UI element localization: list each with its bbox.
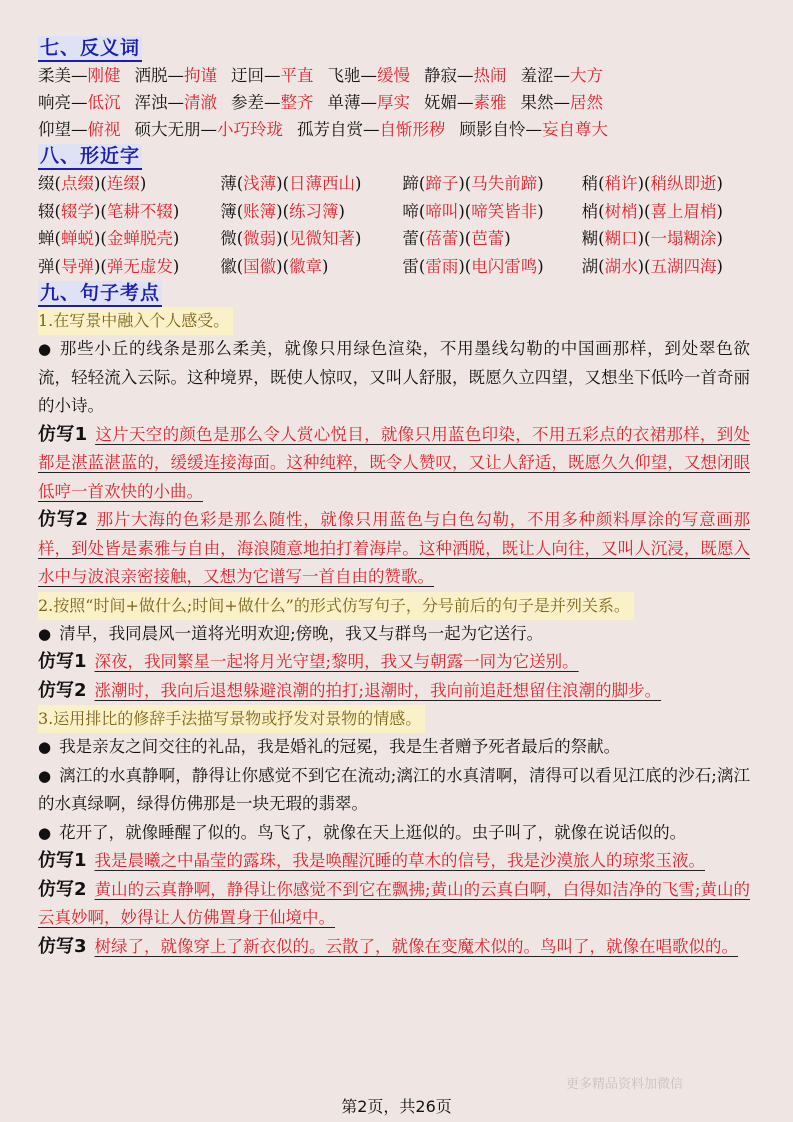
antonym-answer: 妄自尊大 — [542, 120, 608, 139]
idiom-example: 徽章 — [289, 257, 322, 276]
base-char: 湖 — [582, 257, 599, 276]
word-example: 导弹 — [61, 257, 94, 276]
idiom-example: 喜上眉梢 — [650, 202, 716, 221]
similar-char-entry: 啼(啼叫)(啼笑皆非) — [402, 198, 581, 226]
idiom-example: 见微知著 — [289, 229, 355, 248]
word-example: 树梢 — [605, 202, 638, 221]
antonym-pair: 洒脱—拘谨 — [135, 62, 218, 89]
imitation-label-text: 仿写 — [38, 850, 74, 871]
imitation-label: 仿写3 — [38, 936, 87, 957]
word-example: 蹄子 — [425, 174, 458, 193]
antonym-word: 果然— — [521, 93, 571, 112]
similar-char-entry: 辍(辍学)(笔耕不辍) — [38, 198, 220, 226]
imitation-number: 1 — [74, 651, 87, 672]
antonym-word: 迂回— — [231, 66, 281, 85]
antonym-answer: 热闹 — [474, 66, 507, 85]
idiom-example: 马失前蹄 — [471, 174, 537, 193]
imitation-label-text: 仿写 — [38, 424, 75, 445]
imitation-text: 黄山的云真静啊，静得让你感觉不到它在飘拂;黄山的云真白啊，白得如洁净的飞雪;黄山… — [38, 880, 750, 928]
imitation-number: 1 — [74, 850, 87, 871]
antonym-pair: 静寂—热闹 — [424, 62, 507, 89]
base-char: 稍 — [582, 174, 599, 193]
bullet-icon: ● — [38, 767, 51, 785]
base-char: 啼 — [402, 202, 419, 221]
imitation-sentence: 仿写1深夜，我同繁星一起将月光守望;黎明，我又与朝露一同为它送别。 — [38, 648, 750, 677]
imitation-label: 仿写1 — [38, 651, 87, 672]
word-example: 辍学 — [61, 202, 94, 221]
similar-char-entry: 蝉(蝉蜕)(金蝉脱壳) — [38, 225, 220, 253]
example-text: 清早，我同晨风一道将光明欢迎;傍晚，我又与群鸟一起为它送行。 — [59, 624, 543, 643]
example-text: 漓江的水真静啊，静得让你感觉不到它在流动;漓江的水真清啊，清得可以看见江底的沙石… — [38, 766, 750, 814]
antonym-answer: 平直 — [281, 66, 314, 85]
base-char: 薄 — [220, 174, 237, 193]
similar-char-row: 弹(导弹)(弹无虚发)徽(国徽)(徽章)雷(雷雨)(电闪雷鸣)湖(湖水)(五湖四… — [38, 253, 750, 281]
antonym-pair: 响亮—低沉 — [38, 89, 121, 116]
antonym-word: 浑浊— — [135, 93, 185, 112]
imitation-label: 仿写1 — [38, 850, 87, 871]
antonym-row: 柔美—刚健洒脱—拘谨迂回—平直飞驰—缓慢静寂—热闹羞涩—大方 — [38, 62, 750, 89]
idiom-example: 电闪雷鸣 — [471, 257, 537, 276]
antonym-pair: 迂回—平直 — [231, 62, 314, 89]
word-example: 稍许 — [605, 174, 638, 193]
sentence-topic: 1.在写景中融入个人感受。●那些小丘的线条是那么柔美，就像只用绿色渲染，不用墨线… — [38, 307, 750, 592]
similar-char-entry: 弹(导弹)(弹无虚发) — [38, 253, 220, 281]
imitation-sentence: 仿写2那片大海的色彩是那么随性，就像只用蓝色与白色勾勒，不用多种颜料厚涂的写意画… — [38, 506, 750, 592]
word-example: 浅薄 — [243, 174, 276, 193]
imitation-label-text: 仿写 — [38, 879, 74, 900]
example-sentence: ●那些小丘的线条是那么柔美，就像只用绿色渲染，不用墨线勾勒的中国画那样，到处翠色… — [38, 335, 750, 421]
antonym-word: 妩媚— — [424, 93, 474, 112]
imitation-label-text: 仿写 — [38, 651, 74, 672]
word-example: 湖水 — [605, 257, 638, 276]
base-char: 蕾 — [402, 229, 419, 248]
imitation-text: 这片天空的颜色是那么令人赏心悦目，就像只用蓝色印染，不用五彩点的衣裙那样，到处都… — [38, 425, 750, 501]
imitation-text: 深夜，我同繁星一起将月光守望;黎明，我又与朝露一同为它送别。 — [95, 652, 579, 671]
imitation-label-text: 仿写 — [38, 509, 75, 530]
antonym-word: 参差— — [231, 93, 281, 112]
antonym-answer: 刚健 — [88, 66, 121, 85]
imitation-label-text: 仿写 — [38, 936, 74, 957]
idiom-example: 芭蕾 — [471, 229, 504, 248]
antonym-word: 洒脱— — [135, 66, 185, 85]
antonym-answer: 小巧玲珑 — [217, 120, 283, 139]
idiom-example: 练习簿 — [289, 202, 339, 221]
antonym-word: 孤芳自赏— — [297, 120, 380, 139]
antonym-row: 响亮—低沉浑浊—清澈参差—整齐单薄—厚实妩媚—素雅果然—居然 — [38, 89, 750, 116]
imitation-label: 仿写2 — [38, 680, 87, 701]
word-example: 点缀 — [61, 174, 94, 193]
example-text: 我是亲友之间交往的礼品，我是婚礼的冠冕，我是生者赠予死者最后的祭献。 — [59, 737, 620, 756]
sentence-topic: 2.按照“时间+做什么;时间+做什么”的形式仿写句子，分号前后的句子是并列关系。… — [38, 592, 750, 706]
antonym-pair: 孤芳自赏—自惭形秽 — [297, 116, 446, 143]
antonym-list: 柔美—刚健洒脱—拘谨迂回—平直飞驰—缓慢静寂—热闹羞涩—大方响亮—低沉浑浊—清澈… — [38, 62, 750, 143]
antonym-pair: 妩媚—素雅 — [424, 89, 507, 116]
imitation-sentence: 仿写1这片天空的颜色是那么令人赏心悦目，就像只用蓝色印染，不用五彩点的衣裙那样，… — [38, 421, 750, 507]
bullet-icon: ● — [38, 340, 52, 358]
similar-char-entry: 湖(湖水)(五湖四海) — [582, 253, 750, 281]
word-example: 啼叫 — [425, 202, 458, 221]
idiom-example: 啼笑皆非 — [471, 202, 537, 221]
antonym-pair: 果然—居然 — [521, 89, 604, 116]
topic-title-row: 3.运用排比的修辞手法描写景物或抒发对景物的情感。 — [38, 705, 750, 733]
topic-title-row: 1.在写景中融入个人感受。 — [38, 307, 750, 335]
similar-char-entry: 稍(稍许)(稍纵即逝) — [582, 170, 750, 198]
topic-title-row: 2.按照“时间+做什么;时间+做什么”的形式仿写句子，分号前后的句子是并列关系。 — [38, 592, 750, 620]
similar-char-entry: 簿(账簿)(练习簿) — [220, 198, 402, 226]
example-text: 那些小丘的线条是那么柔美，就像只用绿色渲染，不用墨线勾勒的中国画那样，到处翠色欲… — [38, 339, 750, 415]
antonym-answer: 居然 — [570, 93, 603, 112]
idiom-example: 日薄西山 — [289, 174, 355, 193]
antonym-word: 硕大无朋— — [135, 120, 218, 139]
example-sentence: ●清早，我同晨风一道将光明欢迎;傍晚，我又与群鸟一起为它送行。 — [38, 620, 750, 649]
topic-title: 2.按照“时间+做什么;时间+做什么”的形式仿写句子，分号前后的句子是并列关系。 — [38, 592, 634, 620]
antonym-word: 单薄— — [328, 93, 378, 112]
imitation-text: 树绿了，就像穿上了新衣似的。云散了，就像在变魔术似的。鸟叫了，就像在唱歌似的。 — [95, 937, 739, 956]
imitation-label: 仿写2 — [38, 879, 87, 900]
topic-title: 3.运用排比的修辞手法描写景物或抒发对景物的情感。 — [38, 705, 425, 733]
example-sentence: ●漓江的水真静啊，静得让你感觉不到它在流动;漓江的水真清啊，清得可以看见江底的沙… — [38, 762, 750, 819]
antonym-answer: 大方 — [570, 66, 603, 85]
antonym-pair: 顾影自怜—妄自尊大 — [460, 116, 609, 143]
example-sentence: ●花开了，就像睡醒了似的。鸟飞了，就像在天上逛似的。虫子叫了，就像在说话似的。 — [38, 819, 750, 848]
section-similar-chars: 八、形近字 缀(点缀)(连缀)薄(浅薄)(日薄西山)蹄(蹄子)(马失前蹄)稍(稍… — [38, 144, 750, 280]
idiom-example: 一塌糊涂 — [650, 229, 716, 248]
imitation-number: 2 — [75, 509, 88, 530]
bullet-icon: ● — [38, 824, 51, 842]
base-char: 糊 — [582, 229, 599, 248]
sentence-topics: 1.在写景中融入个人感受。●那些小丘的线条是那么柔美，就像只用绿色渲染，不用墨线… — [38, 307, 750, 961]
bullet-icon: ● — [38, 738, 51, 756]
imitation-sentence: 仿写1我是晨曦之中晶莹的露珠，我是唤醒沉睡的草木的信号，我是沙漠旅人的琼浆玉液。 — [38, 847, 750, 876]
antonym-answer: 整齐 — [281, 93, 314, 112]
example-sentence: ●我是亲友之间交往的礼品，我是婚礼的冠冕，我是生者赠予死者最后的祭献。 — [38, 733, 750, 762]
section-heading: 八、形近字 — [38, 144, 142, 170]
base-char: 弹 — [38, 257, 55, 276]
idiom-example: 五湖四海 — [650, 257, 716, 276]
base-char: 微 — [220, 229, 237, 248]
idiom-example: 稍纵即逝 — [650, 174, 716, 193]
base-char: 蹄 — [402, 174, 419, 193]
base-char: 蝉 — [38, 229, 55, 248]
example-text: 花开了，就像睡醒了似的。鸟飞了，就像在天上逛似的。虫子叫了，就像在说话似的。 — [59, 823, 686, 842]
antonym-pair: 单薄—厚实 — [328, 89, 411, 116]
imitation-text: 涨潮时，我向后退想躲避浪潮的拍打;退潮时，我向前追赶想留住浪潮的脚步。 — [95, 681, 662, 700]
similar-char-entry: 薄(浅薄)(日薄西山) — [220, 170, 402, 198]
similar-char-row: 辍(辍学)(笔耕不辍)簿(账簿)(练习簿)啼(啼叫)(啼笑皆非)梢(树梢)(喜上… — [38, 198, 750, 226]
similar-char-entry: 蕾(蓓蕾)(芭蕾) — [402, 225, 581, 253]
antonym-pair: 浑浊—清澈 — [135, 89, 218, 116]
imitation-number: 2 — [74, 879, 87, 900]
word-example: 雷雨 — [425, 257, 458, 276]
similar-char-row: 缀(点缀)(连缀)薄(浅薄)(日薄西山)蹄(蹄子)(马失前蹄)稍(稍许)(稍纵即… — [38, 170, 750, 198]
word-example: 糊口 — [605, 229, 638, 248]
similar-char-entry: 糊(糊口)(一塌糊涂) — [582, 225, 750, 253]
section-sentences: 九、句子考点 1.在写景中融入个人感受。●那些小丘的线条是那么柔美，就像只用绿色… — [38, 281, 750, 961]
imitation-number: 3 — [74, 936, 87, 957]
imitation-label: 仿写1 — [38, 424, 87, 445]
base-char: 簿 — [220, 202, 237, 221]
antonym-word: 羞涩— — [521, 66, 571, 85]
antonym-word: 静寂— — [424, 66, 474, 85]
idiom-example: 笔耕不辍 — [107, 202, 173, 221]
similar-char-entry: 缀(点缀)(连缀) — [38, 170, 220, 198]
word-example: 账簿 — [243, 202, 276, 221]
similar-char-entry: 徽(国徽)(徽章) — [220, 253, 402, 281]
sentence-topic: 3.运用排比的修辞手法描写景物或抒发对景物的情感。●我是亲友之间交往的礼品，我是… — [38, 705, 750, 961]
imitation-sentence: 仿写3树绿了，就像穿上了新衣似的。云散了，就像在变魔术似的。鸟叫了，就像在唱歌似… — [38, 933, 750, 962]
imitation-label-text: 仿写 — [38, 680, 74, 701]
idiom-example: 弹无虚发 — [107, 257, 173, 276]
antonym-answer: 缓慢 — [377, 66, 410, 85]
antonym-row: 仰望—俯视硕大无朋—小巧玲珑孤芳自赏—自惭形秽顾影自怜—妄自尊大 — [38, 116, 750, 143]
base-char: 辍 — [38, 202, 55, 221]
word-example: 微弱 — [243, 229, 276, 248]
antonym-pair: 参差—整齐 — [231, 89, 314, 116]
imitation-text: 我是晨曦之中晶莹的露珠，我是唤醒沉睡的草木的信号，我是沙漠旅人的琼浆玉液。 — [95, 851, 706, 870]
imitation-number: 1 — [75, 424, 88, 445]
section-antonyms: 七、反义词 柔美—刚健洒脱—拘谨迂回—平直飞驰—缓慢静寂—热闹羞涩—大方响亮—低… — [38, 36, 750, 143]
antonym-pair: 仰望—俯视 — [38, 116, 121, 143]
antonym-answer: 清澈 — [184, 93, 217, 112]
similar-char-list: 缀(点缀)(连缀)薄(浅薄)(日薄西山)蹄(蹄子)(马失前蹄)稍(稍许)(稍纵即… — [38, 170, 750, 280]
base-char: 梢 — [582, 202, 599, 221]
imitation-sentence: 仿写2涨潮时，我向后退想躲避浪潮的拍打;退潮时，我向前追赶想留住浪潮的脚步。 — [38, 677, 750, 706]
antonym-pair: 飞驰—缓慢 — [328, 62, 411, 89]
similar-char-row: 蝉(蝉蜕)(金蝉脱壳)微(微弱)(见微知著)蕾(蓓蕾)(芭蕾)糊(糊口)(一塌糊… — [38, 225, 750, 253]
antonym-word: 飞驰— — [328, 66, 378, 85]
imitation-sentence: 仿写2黄山的云真静啊，静得让你感觉不到它在飘拂;黄山的云真白啊，白得如洁净的飞雪… — [38, 876, 750, 933]
similar-char-entry: 微(微弱)(见微知著) — [220, 225, 402, 253]
antonym-word: 柔美— — [38, 66, 88, 85]
antonym-pair: 柔美—刚健 — [38, 62, 121, 89]
base-char: 徽 — [220, 257, 237, 276]
imitation-text: 那片大海的色彩是那么随性，就像只用蓝色与白色勾勒，不用多种颜料厚涂的写意画那样，… — [38, 510, 750, 586]
antonym-word: 仰望— — [38, 120, 88, 139]
similar-char-entry: 蹄(蹄子)(马失前蹄) — [402, 170, 581, 198]
idiom-example: 连缀 — [107, 174, 140, 193]
word-example: 国徽 — [243, 257, 276, 276]
similar-char-entry: 雷(雷雨)(电闪雷鸣) — [402, 253, 581, 281]
base-char: 缀 — [38, 174, 55, 193]
page-number: 第2页，共26页 — [0, 1094, 793, 1117]
base-char: 雷 — [402, 257, 419, 276]
word-example: 蓓蕾 — [425, 229, 458, 248]
watermark: 更多精品资料加微信 — [566, 1073, 683, 1092]
word-example: 蝉蜕 — [61, 229, 94, 248]
antonym-answer: 低沉 — [88, 93, 121, 112]
antonym-answer: 拘谨 — [184, 66, 217, 85]
similar-char-entry: 梢(树梢)(喜上眉梢) — [582, 198, 750, 226]
antonym-answer: 素雅 — [474, 93, 507, 112]
antonym-pair: 硕大无朋—小巧玲珑 — [135, 116, 284, 143]
idiom-example: 金蝉脱壳 — [107, 229, 173, 248]
topic-title: 1.在写景中融入个人感受。 — [38, 307, 233, 335]
section-heading: 九、句子考点 — [38, 281, 162, 307]
antonym-word: 响亮— — [38, 93, 88, 112]
antonym-pair: 羞涩—大方 — [521, 62, 604, 89]
section-heading: 七、反义词 — [38, 36, 142, 62]
antonym-answer: 俯视 — [88, 120, 121, 139]
document-page: 七、反义词 柔美—刚健洒脱—拘谨迂回—平直飞驰—缓慢静寂—热闹羞涩—大方响亮—低… — [38, 36, 750, 961]
antonym-answer: 厚实 — [377, 93, 410, 112]
imitation-label: 仿写2 — [38, 509, 88, 530]
imitation-number: 2 — [74, 680, 87, 701]
bullet-icon: ● — [38, 625, 51, 643]
antonym-answer: 自惭形秽 — [380, 120, 446, 139]
antonym-word: 顾影自怜— — [460, 120, 543, 139]
